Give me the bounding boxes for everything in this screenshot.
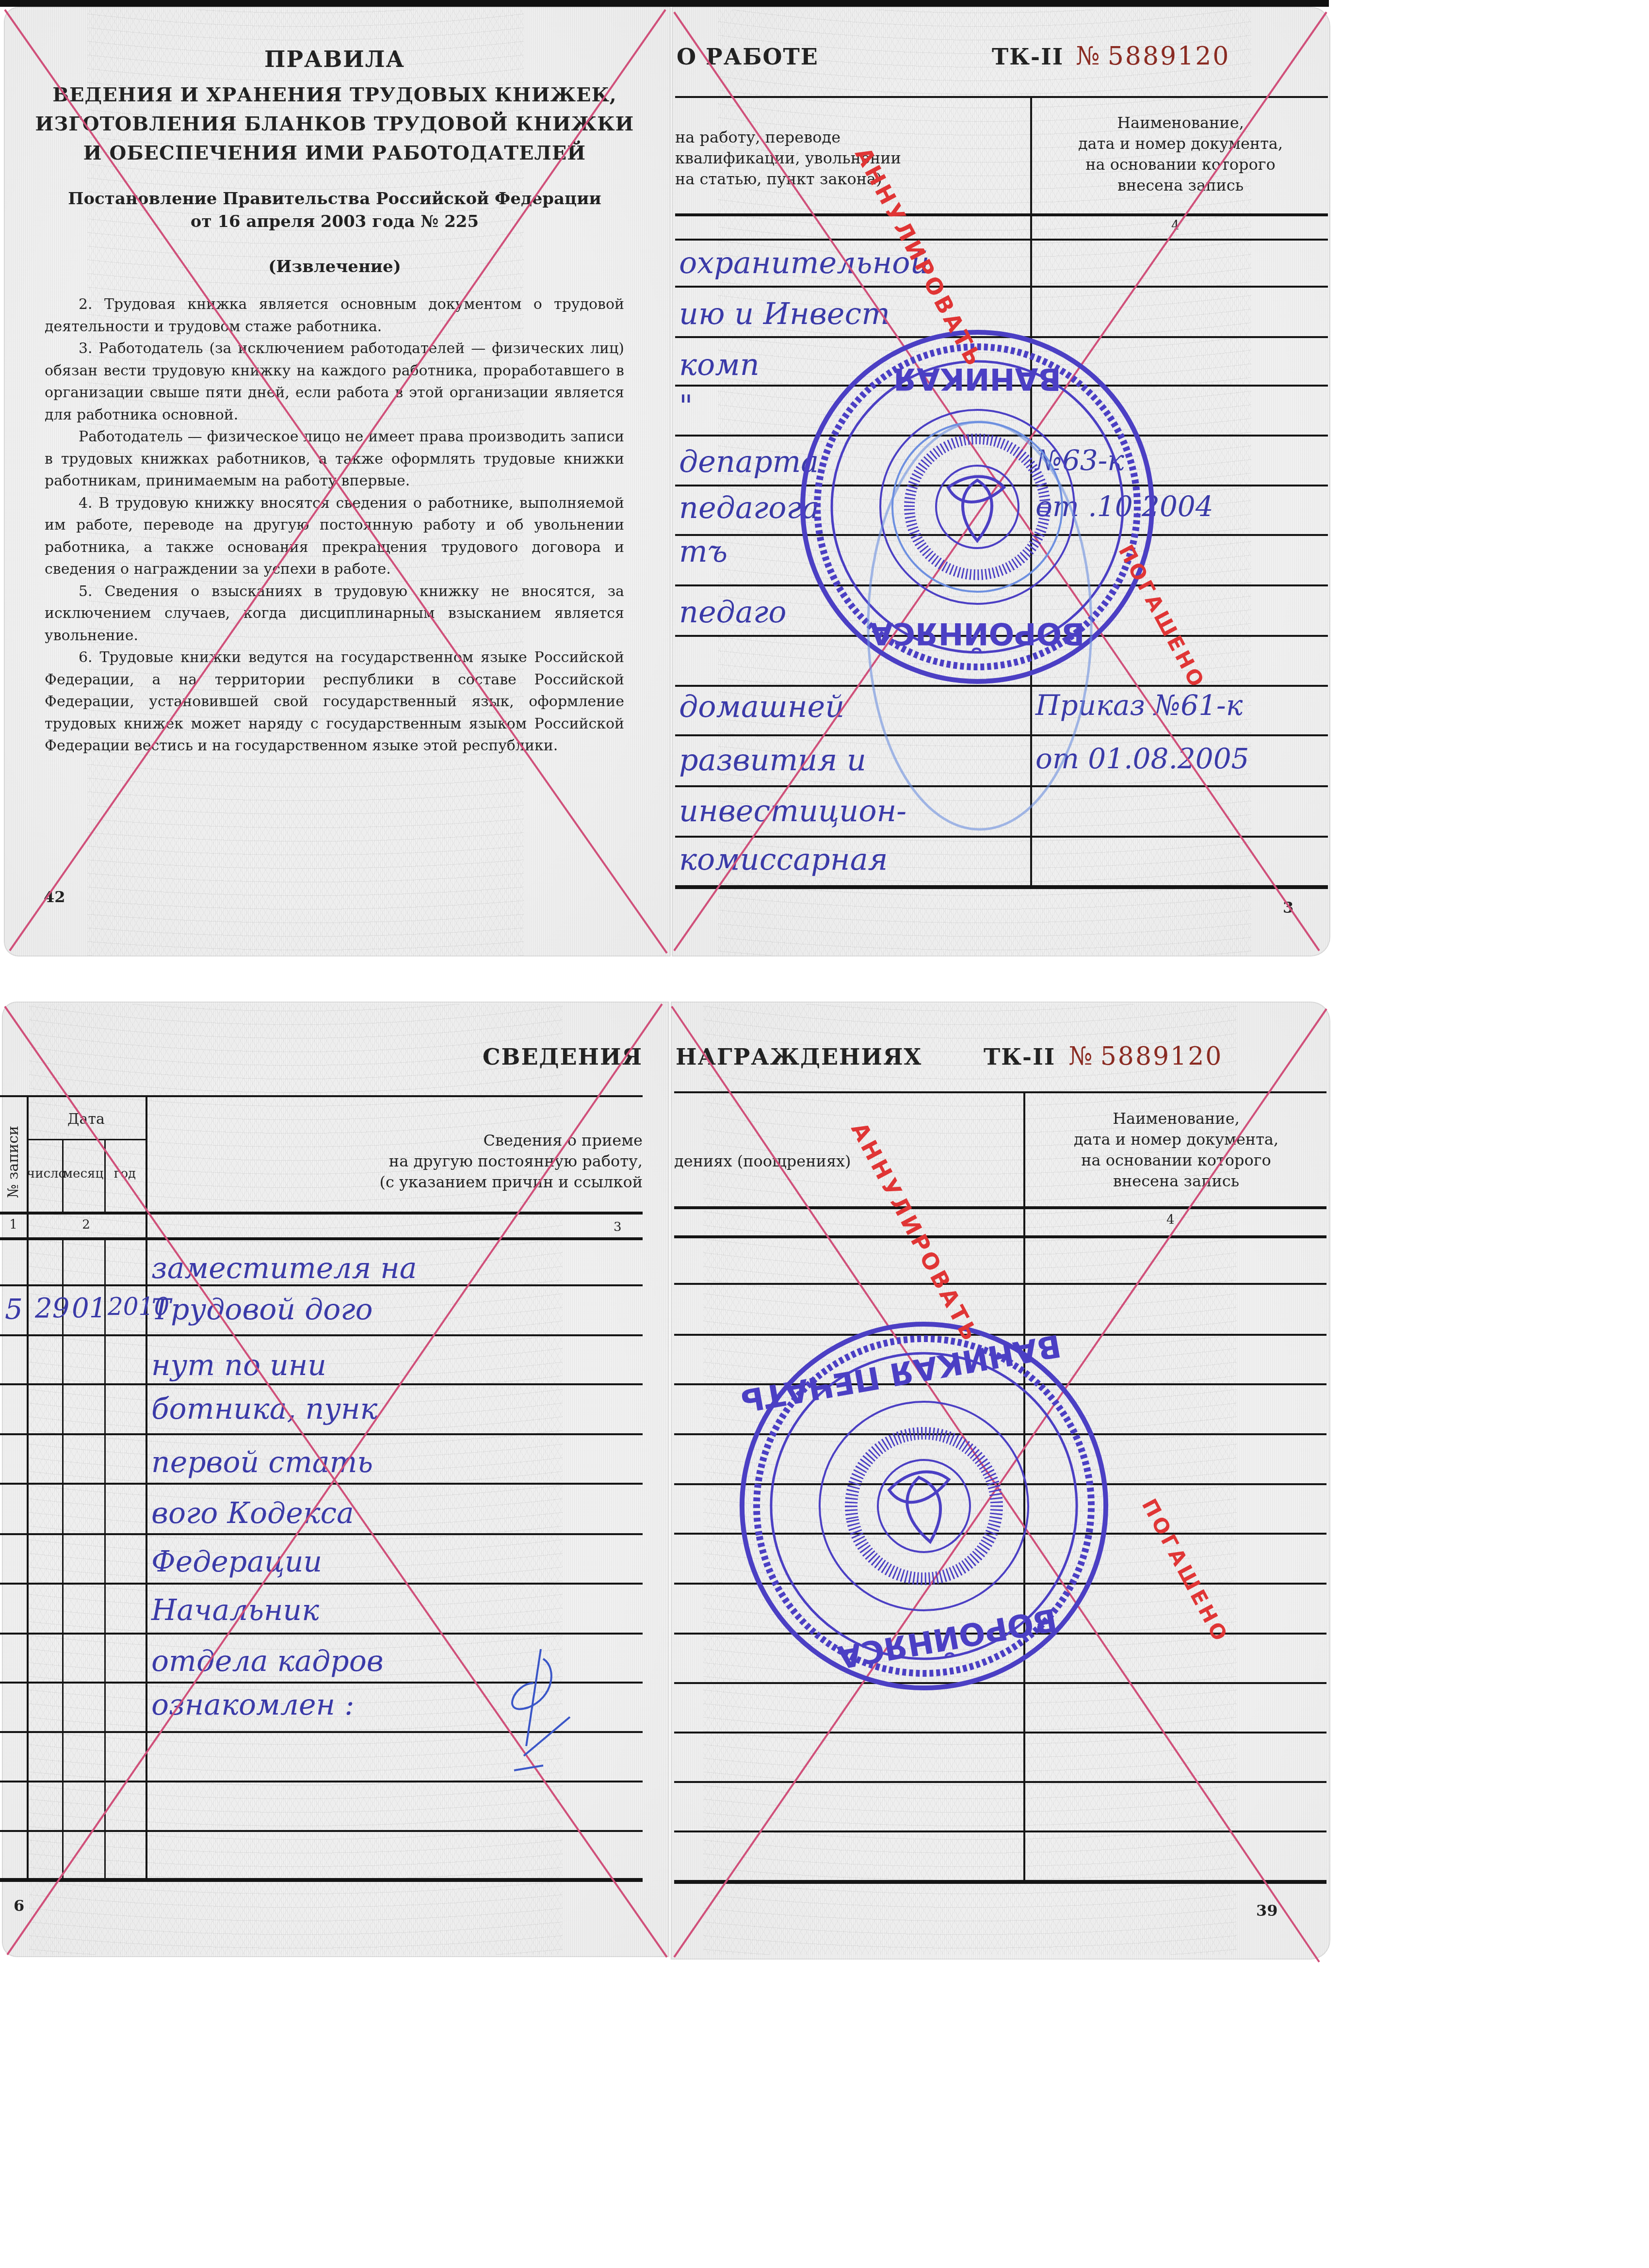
- col-number-line: [674, 1235, 1326, 1238]
- handwritten-line: от 01.08.2005: [1035, 742, 1249, 775]
- handwritten-line: вого Кодекса: [151, 1496, 354, 1530]
- series-label: ТК-II: [984, 1044, 1055, 1070]
- handwritten-line: тъ: [679, 534, 727, 569]
- col-number-line: [0, 1237, 643, 1240]
- handwritten-line: заместителя на: [151, 1251, 417, 1285]
- row-line: [0, 1533, 643, 1535]
- row-line: [675, 734, 1328, 736]
- header-bottom-line: [0, 1212, 643, 1215]
- row-line: [0, 1682, 643, 1684]
- row-line: [675, 685, 1328, 687]
- day-header: число: [27, 1166, 62, 1181]
- month-header: месяц: [62, 1166, 104, 1181]
- col4-header-line: дата и номер документа,: [1033, 133, 1328, 154]
- rules-subtitle-1: ВЕДЕНИЯ И ХРАНЕНИЯ ТРУДОВЫХ КНИЖЕК,: [0, 83, 669, 106]
- section-heading: НАГРАЖДЕНИЯХ: [676, 1044, 922, 1070]
- row-line: [675, 286, 1328, 288]
- row-line: [674, 1483, 1326, 1485]
- handwritten-line: Трудовой дого: [151, 1293, 373, 1327]
- handwritten-line: №63-к: [1035, 444, 1124, 477]
- row-line: [674, 1583, 1326, 1585]
- handwritten-line: отдела кадров: [151, 1644, 384, 1678]
- table-top-line: [0, 1095, 643, 1097]
- serial-number: № 5889120: [1076, 42, 1230, 71]
- entry-record-no: 5: [5, 1293, 23, 1326]
- col3-header-line: (с указанием причин и ссылкой: [379, 1172, 643, 1193]
- col3-header: Сведения о приеме на другую постоянную р…: [379, 1130, 643, 1193]
- col4-header-line: Наименование,: [1026, 1108, 1326, 1129]
- col3-header-line: Сведения о приеме: [379, 1130, 643, 1151]
- row-line: [0, 1830, 643, 1832]
- row-line: [675, 485, 1328, 486]
- handwritten-line: департа: [679, 444, 819, 479]
- rules-paragraph: 2. Трудовая книжка является основным док…: [45, 293, 624, 338]
- row-line: [0, 1583, 643, 1585]
- row-line: [675, 239, 1328, 241]
- row-line: [674, 1682, 1326, 1684]
- row-line: [674, 1433, 1326, 1435]
- page-number: 3: [1283, 898, 1293, 917]
- serial-digits: 5889120: [1100, 1042, 1223, 1071]
- col4-header: Наименование, дата и номер документа, на…: [1026, 1108, 1326, 1192]
- number-sign: №: [1068, 1042, 1092, 1071]
- handwritten-line: комп: [679, 347, 760, 382]
- handwritten-line: ботника, пунк: [151, 1392, 377, 1426]
- header-bottom-line: [674, 1206, 1326, 1209]
- col4-number: 4: [1166, 1213, 1175, 1227]
- column-divider: [1023, 1092, 1025, 1880]
- table-top-line: [674, 1091, 1326, 1093]
- row-line: [675, 836, 1328, 838]
- col4-header-line: на основании которого: [1033, 154, 1328, 175]
- handwritten-line: развития и: [679, 742, 866, 778]
- handwritten-line: инвестицион-: [679, 793, 906, 828]
- handwritten-line: первой стать: [151, 1445, 373, 1479]
- row-line: [674, 1533, 1326, 1535]
- year-header: год: [104, 1166, 145, 1181]
- number-sign: №: [1076, 42, 1099, 71]
- handwritten-line: комиссарная: [679, 842, 888, 877]
- col3-header-line: на работу, переводе: [675, 127, 901, 148]
- rules-paragraph: 4. В трудовую книжку вносятся сведения о…: [45, 492, 624, 581]
- extract-label: (Извлечение): [0, 257, 669, 276]
- row-line: [0, 1483, 643, 1485]
- serial-digits: 5889120: [1108, 42, 1230, 71]
- rules-paragraph: Работодатель — физическое лицо не имеет …: [45, 426, 624, 492]
- row-line: [674, 1831, 1326, 1832]
- handwritten-line: от .10.2004: [1035, 490, 1213, 523]
- decree-line-1: Постановление Правительства Российской Ф…: [0, 189, 669, 209]
- col4-header-line: на основании которого: [1026, 1150, 1326, 1171]
- row-line: [675, 336, 1328, 338]
- series-label: ТК-II: [992, 44, 1064, 70]
- rules-paragraph: 3. Работодатель (за исключением работода…: [45, 338, 624, 426]
- table-top-line: [675, 96, 1328, 98]
- handwritten-line: нут по ини: [151, 1348, 326, 1382]
- decree-line-2: от 16 апреля 2003 года № 225: [0, 212, 669, 231]
- table-bottom-line: [674, 1880, 1326, 1884]
- record-no-header: № записи: [5, 1126, 22, 1198]
- col4-header-line: дата и номер документа,: [1026, 1129, 1326, 1150]
- row-line: [0, 1433, 643, 1435]
- row-line: [675, 385, 1328, 387]
- row-line: [0, 1731, 643, 1733]
- col4-header-line: внесена запись: [1033, 175, 1328, 196]
- row-line: [675, 785, 1328, 787]
- entry-month: 01: [72, 1293, 106, 1324]
- row-line: [674, 1334, 1326, 1336]
- rules-subtitle-3: И ОБЕСПЕЧЕНИЯ ИМИ РАБОТОДАТЕЛЕЙ: [0, 142, 669, 164]
- handwritten-line: Приказ №61-к: [1035, 689, 1243, 722]
- page-number: 6: [14, 1896, 24, 1915]
- row-line: [675, 435, 1328, 437]
- header-bottom-line: [675, 213, 1328, 216]
- date-subheader-line: [27, 1139, 145, 1140]
- scan-edge: [0, 0, 1329, 7]
- row-line: [674, 1732, 1326, 1733]
- col-number-3: 3: [614, 1220, 622, 1234]
- handwritten-line: ию и Инвест: [679, 296, 890, 331]
- handwritten-line: домашней: [679, 689, 844, 724]
- table-bottom-line: [675, 885, 1328, 889]
- col4-header-line: внесена запись: [1026, 1171, 1326, 1192]
- entry-day: 29: [35, 1293, 69, 1324]
- col4-header-line: Наименование,: [1033, 113, 1328, 133]
- row-line: [675, 534, 1328, 536]
- handwritten-line: педаго: [679, 594, 787, 630]
- handwritten-line: педагога: [679, 490, 820, 525]
- col4-header: Наименование, дата и номер документа, на…: [1033, 113, 1328, 196]
- rules-body: 2. Трудовая книжка является основным док…: [45, 293, 624, 757]
- handwritten-line: Федерации: [151, 1545, 322, 1579]
- handwritten-line: охранительной: [679, 245, 930, 280]
- row-line: [675, 584, 1328, 586]
- row-line: [0, 1334, 643, 1336]
- section-heading: СВЕДЕНИЯ: [483, 1044, 643, 1070]
- col-number-1: 1: [0, 1217, 27, 1232]
- row-line: [675, 635, 1328, 637]
- handwritten-line: Начальник: [151, 1593, 319, 1627]
- section-heading: О РАБОТЕ: [677, 44, 819, 70]
- row-line: [674, 1283, 1326, 1285]
- row-line: [674, 1781, 1326, 1783]
- serial-number: № 5889120: [1068, 1042, 1223, 1071]
- rules-paragraph: 6. Трудовые книжки ведутся на государств…: [45, 647, 624, 757]
- rules-title: ПРАВИЛА: [0, 46, 669, 72]
- col3-header-line: на другую постоянную работу,: [379, 1151, 643, 1172]
- rules-subtitle-2: ИЗГОТОВЛЕНИЯ БЛАНКОВ ТРУДОВОЙ КНИЖКИ: [0, 113, 669, 135]
- handwritten-line: ": [679, 388, 693, 423]
- rules-paragraph: 5. Сведения о взысканиях в трудовую книж…: [45, 581, 624, 647]
- row-line: [0, 1383, 643, 1385]
- handwritten-line: ознакомлен :: [151, 1688, 354, 1722]
- table-bottom-line: [0, 1878, 643, 1882]
- col4-number: 4: [1171, 218, 1180, 233]
- col3-header: дениях (поощрениях): [674, 1152, 851, 1170]
- row-line: [0, 1633, 643, 1635]
- row-line: [0, 1781, 643, 1782]
- page-number: 42: [44, 888, 65, 906]
- page-number: 39: [1256, 1901, 1278, 1920]
- col-number-2: 2: [27, 1217, 145, 1232]
- row-line: [674, 1383, 1326, 1385]
- date-header: Дата: [27, 1111, 145, 1128]
